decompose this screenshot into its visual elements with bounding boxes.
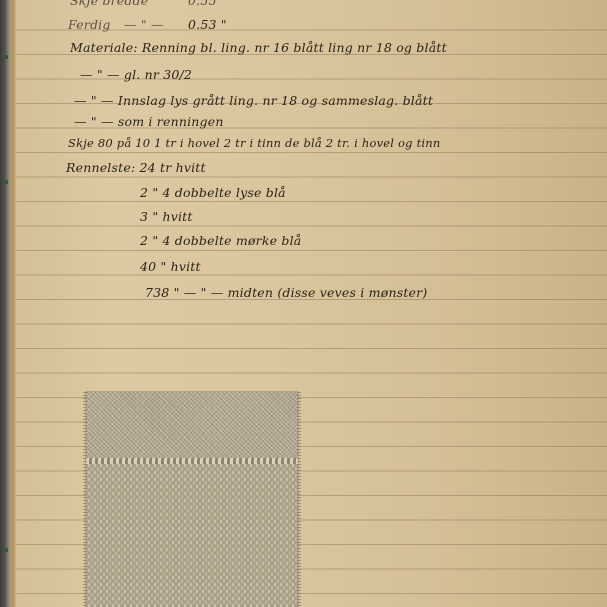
threading-line-2: 2 " 4 dobbelte lyse blå (140, 185, 286, 200)
materials-line-4: — " — som i renningen (74, 114, 224, 129)
ditto-mark: — " — (124, 17, 164, 32)
swatch-fringe (83, 392, 87, 607)
materials-line-1: Materiale: Renning bl. ling. nr 16 blått… (70, 40, 447, 55)
spec-label-skje-bredde: Skje bredde (70, 0, 148, 8)
spec-value-skje-bredde: 0.55 " (188, 0, 227, 8)
fabric-swatch (86, 392, 298, 607)
notebook-page: Skje bredde 0.55 " Ferdig — " — 0.53 " M… (0, 0, 607, 607)
swatch-plain-section (86, 392, 298, 458)
book-binding (0, 0, 12, 607)
swatch-fringe (297, 392, 301, 607)
swatch-border-band (86, 458, 298, 464)
threading-line-3: 3 " hvitt (140, 209, 193, 224)
spec-value-ferdig: 0.53 " (188, 17, 227, 32)
materials-line-2: — " — gl. nr 30/2 (80, 67, 192, 82)
binding-stitch (4, 180, 8, 184)
threading-line-6: 738 " — " — midten (disse veves i mønste… (145, 285, 427, 300)
threading-line-5: 40 " hvitt (140, 259, 201, 274)
binding-stitch (4, 548, 8, 552)
materials-line-3: — " — Innslag lys grått ling. nr 18 og s… (74, 93, 433, 108)
threading-line-1: Rennelste: 24 tr hvitt (66, 160, 206, 175)
binding-stitch (4, 55, 8, 59)
spec-label-ferdig: Ferdig (68, 17, 111, 32)
reed-spec: Skje 80 på 10 1 tr i hovel 2 tr i tinn d… (68, 136, 440, 150)
threading-line-4: 2 " 4 dobbelte mørke blå (140, 233, 301, 248)
